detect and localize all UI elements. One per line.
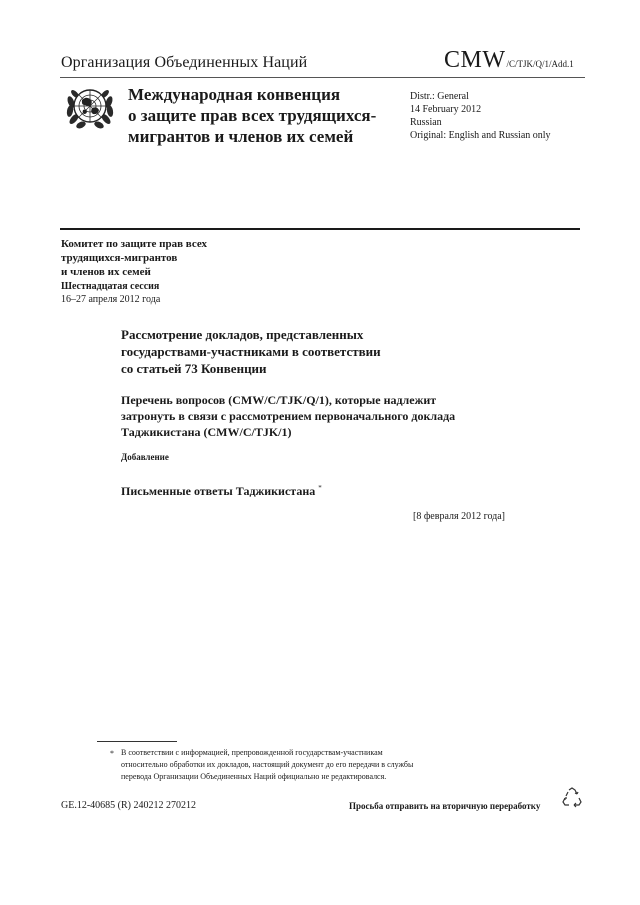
job-number: GE.12-40685 (R) 240212 270212 bbox=[61, 800, 196, 811]
consideration-line: государствами-участниками в соответствии bbox=[121, 343, 481, 360]
consideration-heading: Рассмотрение докладов, представленных го… bbox=[121, 326, 481, 377]
convention-title: Международная конвенция о защите прав вс… bbox=[128, 84, 403, 147]
replies-title: Письменные ответы Таджикистана* bbox=[121, 484, 322, 499]
committee-line: и членов их семей bbox=[61, 265, 207, 279]
distribution-original: Original: English and Russian only bbox=[410, 129, 551, 142]
list-of-issues-line: Перечень вопросов (CMW/C/TJK/Q/1), котор… bbox=[121, 392, 521, 408]
replies-title-text: Письменные ответы Таджикистана bbox=[121, 484, 315, 498]
list-of-issues-line: Таджикистана (CMW/C/TJK/1) bbox=[121, 424, 521, 440]
footnote-line: перевода Организации Объединенных Наций … bbox=[121, 771, 521, 783]
convention-title-line: мигрантов и членов их семей bbox=[128, 126, 403, 147]
organization-name: Организация Объединенных Наций bbox=[61, 54, 307, 72]
document-symbol: CMW/C/TJK/Q/1/Add.1 bbox=[444, 47, 574, 74]
header-rule bbox=[60, 77, 585, 78]
list-of-issues-line: затронуть в связи с рассмотрением первон… bbox=[121, 408, 521, 424]
recycle-notice: Просьба отправить на вторичную переработ… bbox=[349, 801, 540, 811]
document-symbol-main: CMW bbox=[444, 47, 506, 73]
session-name: Шестнадцатая сессия bbox=[61, 281, 159, 293]
document-symbol-sub: /C/TJK/Q/1/Add.1 bbox=[507, 59, 574, 69]
convention-title-line: о защите прав всех трудящихся- bbox=[128, 105, 403, 126]
addendum-label: Добавление bbox=[121, 452, 169, 462]
distribution-date: 14 February 2012 bbox=[410, 103, 551, 116]
convention-title-line: Международная конвенция bbox=[128, 84, 403, 105]
distribution-type: Distr.: General bbox=[410, 90, 551, 103]
footnote-mark: * bbox=[110, 749, 114, 758]
distribution-language: Russian bbox=[410, 116, 551, 129]
section-rule bbox=[60, 228, 580, 230]
footnote-rule bbox=[97, 741, 177, 742]
distribution-block: Distr.: General 14 February 2012 Russian… bbox=[410, 90, 551, 142]
footnote-reference[interactable]: * bbox=[318, 484, 322, 492]
replies-date: [8 февраля 2012 года] bbox=[413, 511, 505, 522]
recycle-icon bbox=[560, 786, 584, 810]
committee-line: Комитет по защите прав всех bbox=[61, 237, 207, 251]
footnote-line: В соответствии с информацией, препровожд… bbox=[121, 747, 521, 759]
committee-line: трудящихся-мигрантов bbox=[61, 251, 207, 265]
list-of-issues-heading: Перечень вопросов (CMW/C/TJK/Q/1), котор… bbox=[121, 392, 521, 440]
consideration-line: со статьей 73 Конвенции bbox=[121, 360, 481, 377]
committee-name: Комитет по защите прав всех трудящихся-м… bbox=[61, 237, 207, 279]
session-dates: 16–27 апреля 2012 года bbox=[61, 294, 160, 306]
consideration-line: Рассмотрение докладов, представленных bbox=[121, 326, 481, 343]
un-emblem-icon bbox=[64, 82, 116, 132]
footnote-line: относительно обработки их докладов, наст… bbox=[121, 759, 521, 771]
footnote-text: В соответствии с информацией, препровожд… bbox=[121, 747, 521, 783]
